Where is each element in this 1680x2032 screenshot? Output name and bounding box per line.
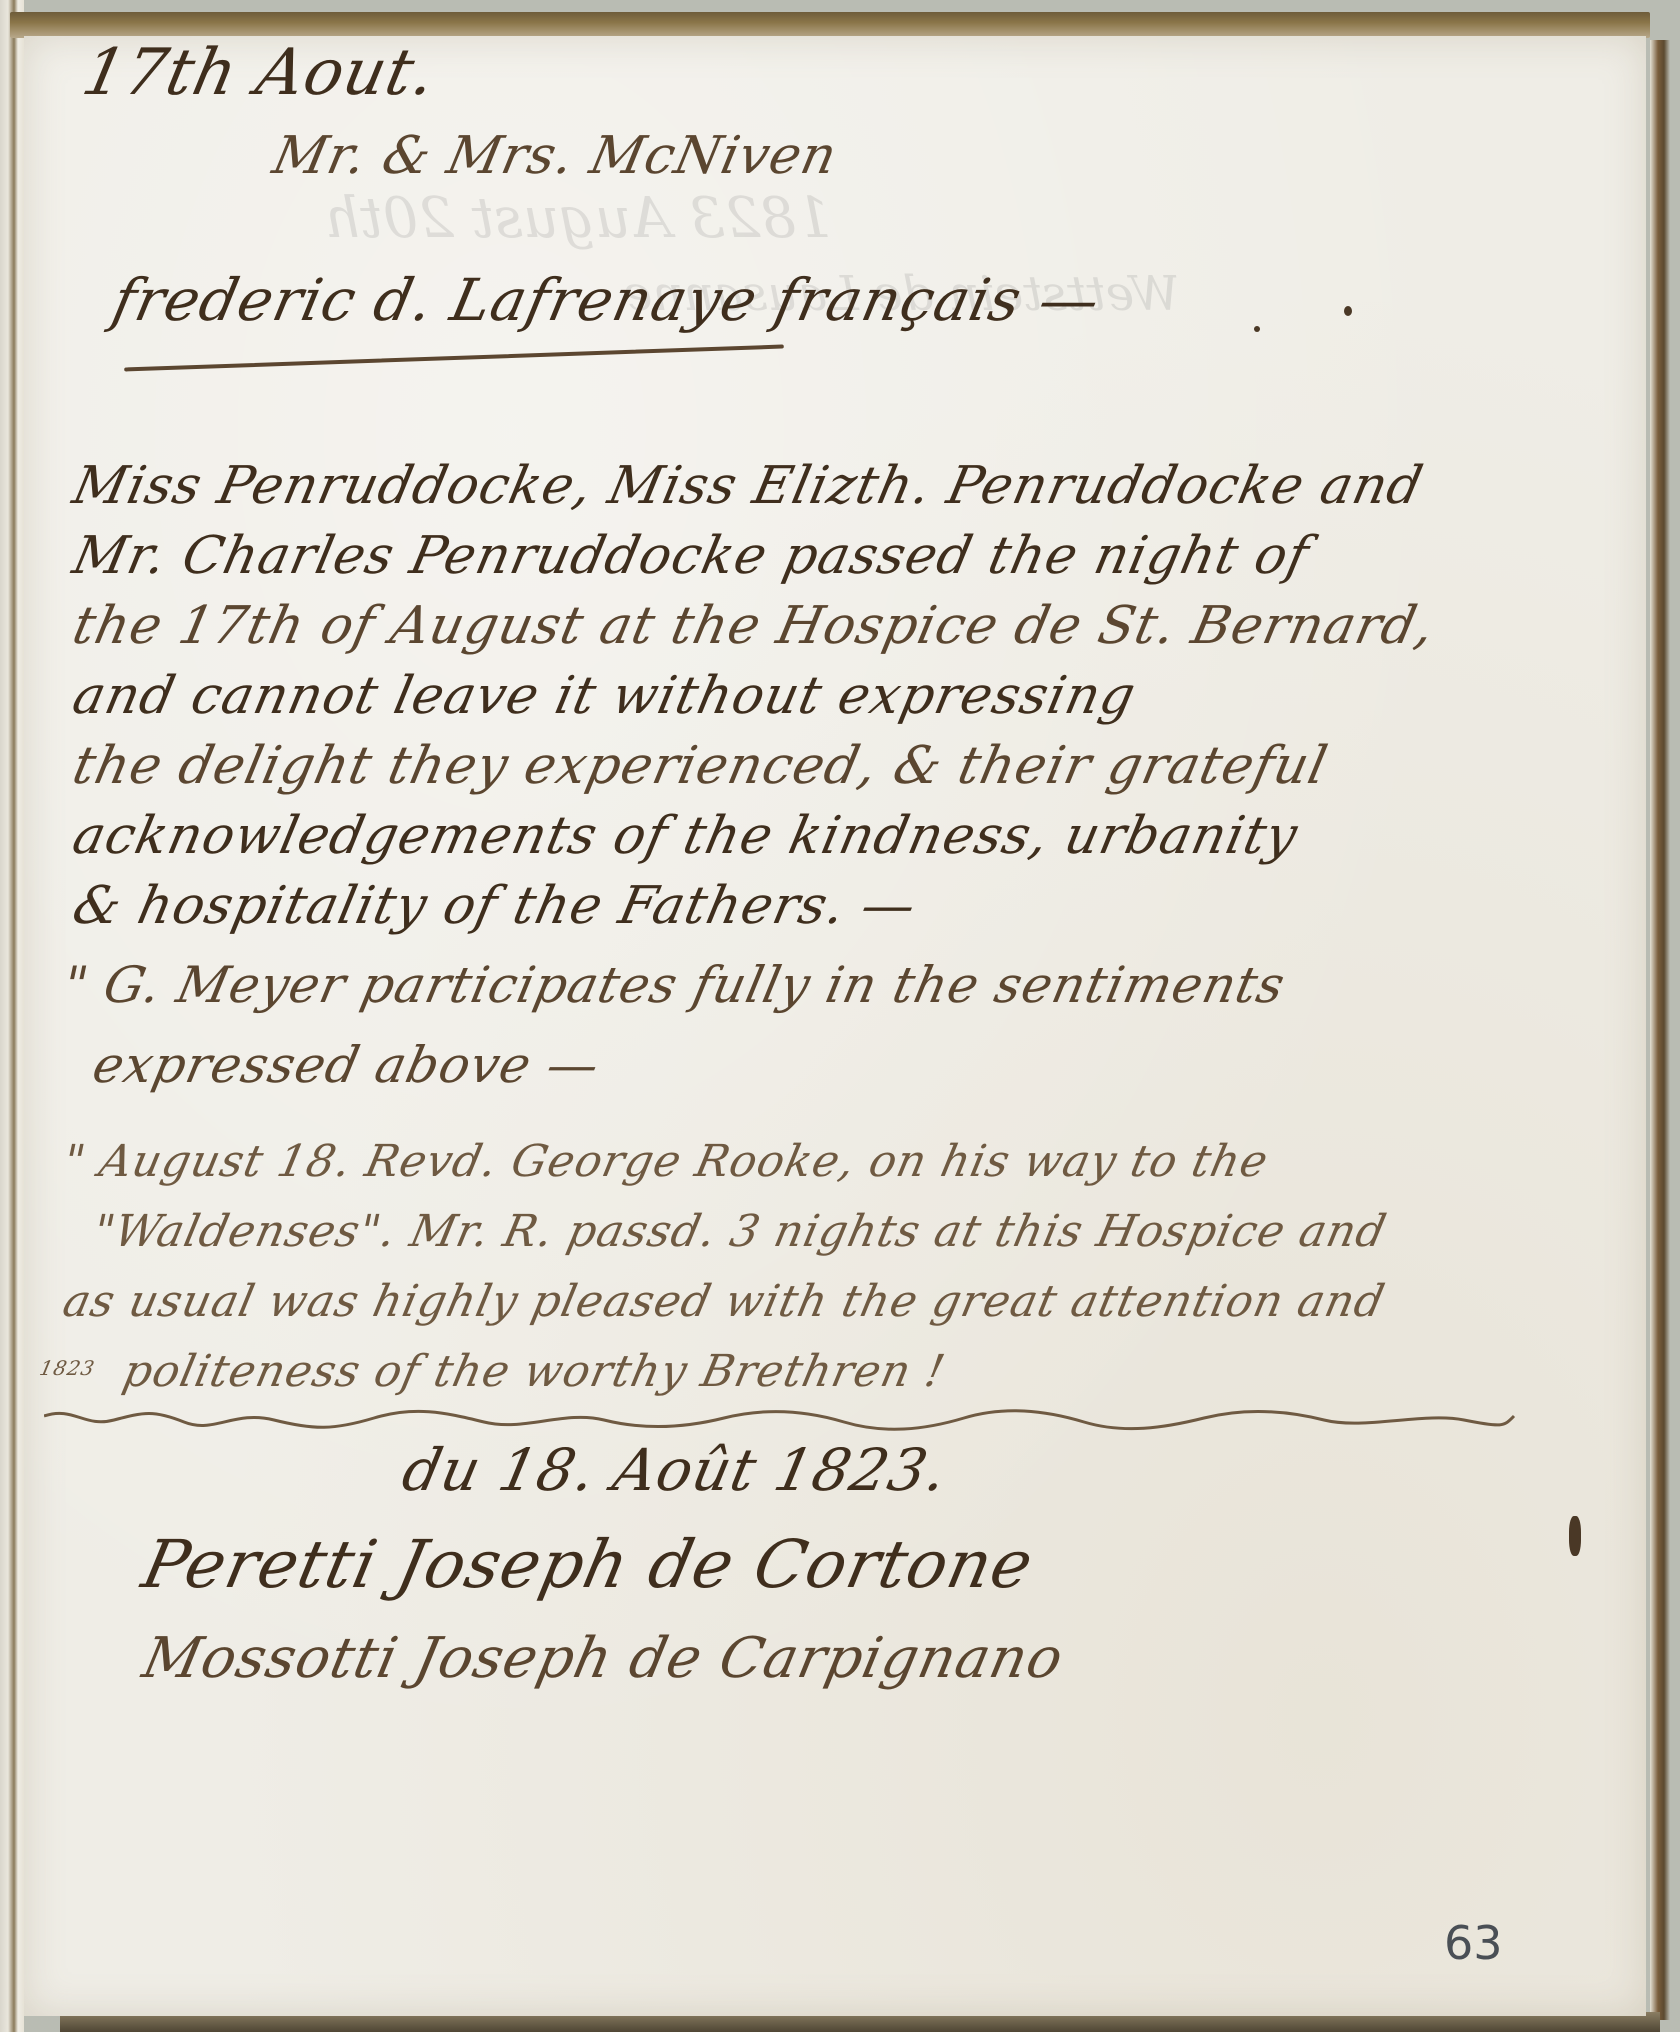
entry-line: & hospitality of the Fathers. — (68, 876, 922, 936)
ink-blot (1254, 326, 1260, 332)
entry-signature: Mossotti Joseph de Carpignano (137, 1626, 1069, 1691)
entry-line: expressed above — (88, 1036, 605, 1094)
manuscript-scan: 1823 August 20th Wettstein de Lausanne 1… (0, 0, 1680, 2032)
entry-line: " August 18. Revd. George Rooke, on his … (59, 1136, 1273, 1187)
entry-signature: Peretti Joseph de Cortone (136, 1526, 1040, 1603)
book-right-edge (1650, 40, 1670, 2020)
book-spine (0, 0, 24, 2032)
manuscript-page: 1823 August 20th Wettstein de Lausanne 1… (24, 36, 1646, 2016)
entry-line: Mr. Charles Penruddocke passed the night… (68, 526, 1315, 586)
entry-line: as usual was highly pleased with the gre… (59, 1276, 1390, 1327)
entry-line: the delight they experienced, & their gr… (68, 736, 1333, 796)
entry-date-heading: du 18. Août 1823. (397, 1436, 954, 1504)
entry-line: "Waldenses". Mr. R. passd. 3 nights at t… (89, 1206, 1392, 1257)
entry-signature: Mr. & Mrs. McNiven (268, 126, 843, 186)
book-top-edge (10, 12, 1650, 38)
entry-line: Miss Penruddocke, Miss Elizth. Penruddoc… (68, 456, 1429, 516)
ink-blot (1344, 306, 1352, 316)
entry-date-heading: 17th Aout. (76, 36, 442, 110)
entry-line: " G. Meyer participates fully in the sen… (58, 956, 1291, 1014)
page-number: 63 (1444, 1916, 1503, 1970)
signature-flourish (124, 344, 784, 371)
ink-blot (1569, 1516, 1581, 1556)
entry-line: the 17th of August at the Hospice de St.… (68, 596, 1441, 656)
entry-line: politeness of the worthy Brethren ! (119, 1346, 950, 1397)
bleed-through-text: 1823 August 20th (324, 186, 832, 251)
margin-note: 1823 (37, 1356, 97, 1380)
entry-line: and cannot leave it without expressing (68, 666, 1142, 726)
entry-line: acknowledgements of the kindness, urbani… (68, 806, 1304, 866)
wavy-divider (44, 1406, 1524, 1436)
entry-signature: frederic d. Lafrenaye français — (107, 266, 1107, 334)
